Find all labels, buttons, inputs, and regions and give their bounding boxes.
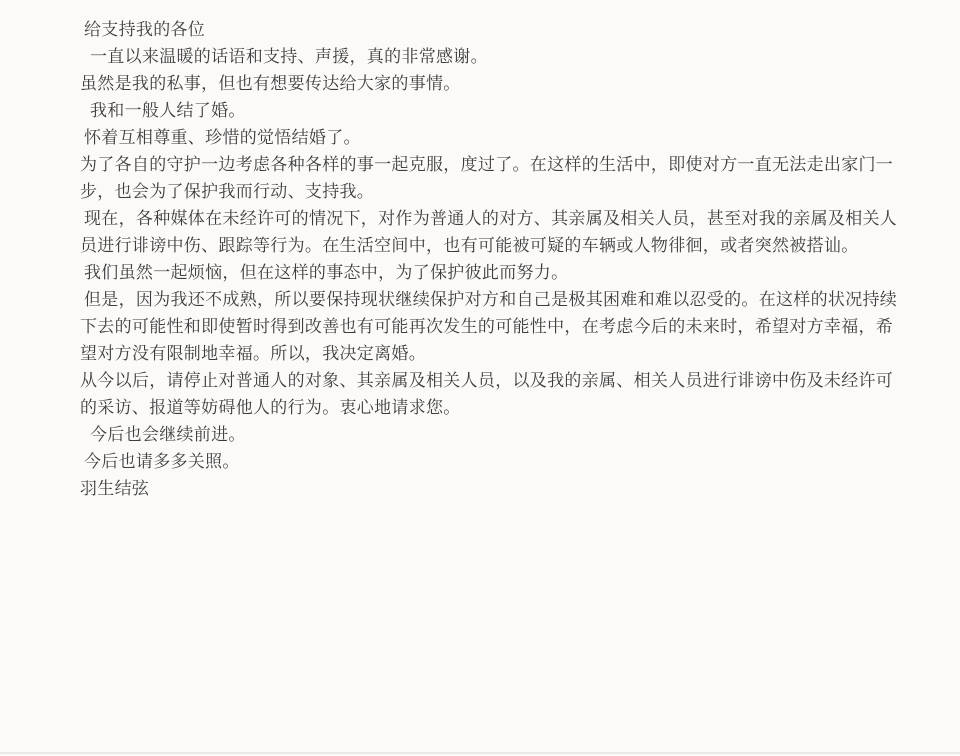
letter-line: 虽然是我的私事，但也有想要传达给大家的事情。 xyxy=(80,70,900,97)
photo-edge-artifact xyxy=(0,752,960,754)
paragraph-thanks: 一直以来温暖的话语和支持、声援，真的非常感谢。 虽然是我的私事，但也有想要传达给… xyxy=(80,43,900,97)
letter-line: 步，也会为了保护我而行动、支持我。 xyxy=(80,178,900,205)
letter-line: 员进行诽谤中伤、跟踪等行为。在生活空间中，也有可能被可疑的车辆或人物徘徊，或者突… xyxy=(80,232,900,259)
paragraph-request-stop: 从今以后，请停止对普通人的对象、其亲属及相关人员，以及我的亲属、相关人员进行诽谤… xyxy=(80,367,900,421)
letter-line: 现在，各种媒体在未经许可的情况下，对作为普通人的对方、其亲属及相关人员，甚至对我… xyxy=(80,205,900,232)
letter-line: 我们虽然一起烦恼，但在这样的事态中，为了保护彼此而努力。 xyxy=(80,259,900,286)
paragraph-divorce-decision: 但是，因为我还不成熟，所以要保持现状继续保护对方和自己是极其困难和难以忍受的。在… xyxy=(80,286,900,367)
letter-line: 怀着互相尊重、珍惜的觉悟结婚了。 xyxy=(80,124,900,151)
letter-signature: 羽生结弦 xyxy=(80,475,900,502)
letter-line: 一直以来温暖的话语和支持、声援，真的非常感谢。 xyxy=(80,43,900,70)
letter-line: 从今以后，请停止对普通人的对象、其亲属及相关人员，以及我的亲属、相关人员进行诽谤… xyxy=(80,367,900,394)
signature-name: 羽生结弦 xyxy=(80,475,900,502)
paragraph-marriage: 我和一般人结了婚。 怀着互相尊重、珍惜的觉悟结婚了。 xyxy=(80,97,900,151)
paragraph-closing: 今后也会继续前进。 今后也请多多关照。 xyxy=(80,421,900,475)
letter-line: 我和一般人结了婚。 xyxy=(80,97,900,124)
letter-line: 下去的可能性和即使暂时得到改善也有可能再次发生的可能性中，在考虑今后的未来时，希… xyxy=(80,313,900,340)
letter-line: 给支持我的各位 xyxy=(80,16,900,43)
paragraph-protect-each-other: 我们虽然一起烦恼，但在这样的事态中，为了保护彼此而努力。 xyxy=(80,259,900,286)
letter-line: 今后也请多多关照。 xyxy=(80,448,900,475)
paragraph-life-together: 为了各自的守护一边考虑各种各样的事一起克服，度过了。在这样的生活中，即使对方一直… xyxy=(80,151,900,205)
letter-line: 望对方没有限制地幸福。所以，我决定离婚。 xyxy=(80,340,900,367)
letter-line: 为了各自的守护一边考虑各种各样的事一起克服，度过了。在这样的生活中，即使对方一直… xyxy=(80,151,900,178)
letter-page: 给支持我的各位 一直以来温暖的话语和支持、声援，真的非常感谢。 虽然是我的私事，… xyxy=(0,0,960,756)
letter-line: 但是，因为我还不成熟，所以要保持现状继续保护对方和自己是极其困难和难以忍受的。在… xyxy=(80,286,900,313)
letter-salutation: 给支持我的各位 xyxy=(80,16,900,43)
paragraph-media-harassment: 现在，各种媒体在未经许可的情况下，对作为普通人的对方、其亲属及相关人员，甚至对我… xyxy=(80,205,900,259)
letter-line: 的采访、报道等妨碍他人的行为。衷心地请求您。 xyxy=(80,394,900,421)
letter-line: 今后也会继续前进。 xyxy=(80,421,900,448)
